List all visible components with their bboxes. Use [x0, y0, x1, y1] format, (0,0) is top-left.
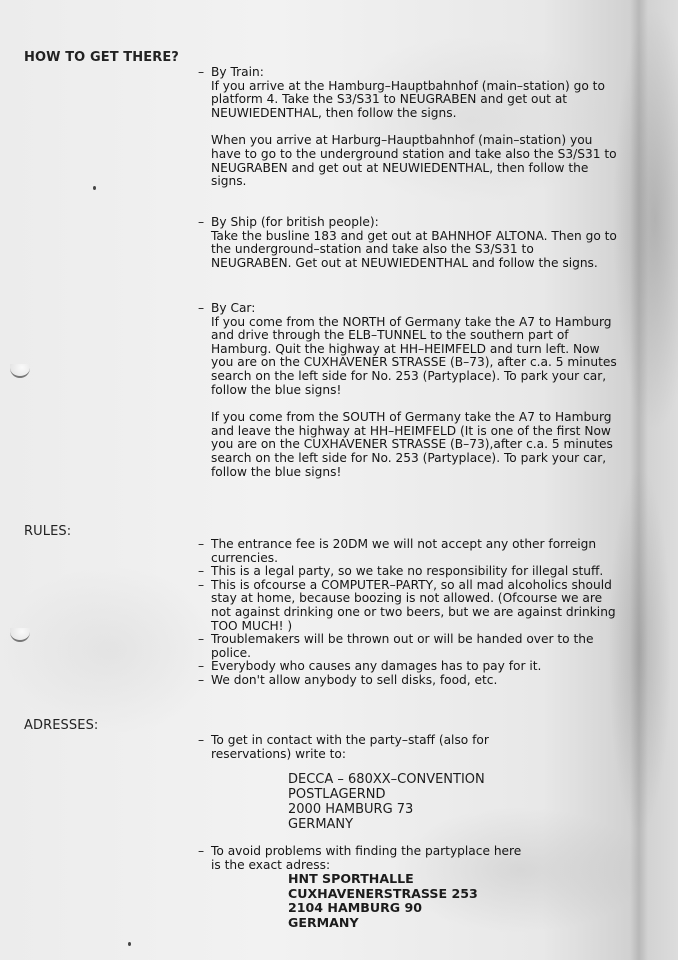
rule-text: We don't allow anybody to sell disks, fo… — [211, 674, 618, 688]
address-line: POSTLAGERND — [288, 787, 485, 802]
by-train-title: By Train: — [211, 66, 618, 80]
scan-fold-shadow — [630, 0, 648, 960]
list-dash: – — [198, 216, 211, 270]
venue-address: HNT SPORTHALLE CUXHAVENERSTRASSE 253 210… — [288, 872, 478, 930]
rule-text: This is ofcourse a COMPUTER–PARTY, so al… — [211, 579, 618, 633]
rules-list: – The entrance fee is 20DM we will not a… — [198, 538, 618, 688]
list-dash: – — [198, 845, 211, 872]
rule-item: – The entrance fee is 20DM we will not a… — [198, 538, 618, 565]
rule-item: – We don't allow anybody to sell disks, … — [198, 674, 618, 688]
by-train-section: – By Train: If you arrive at the Hamburg… — [198, 66, 618, 189]
list-dash: – — [198, 579, 211, 633]
speck — [128, 942, 131, 946]
by-ship-section: – By Ship (for british people): Take the… — [198, 216, 618, 270]
contact-section: – To get in contact with the party–staff… — [198, 734, 498, 761]
address-line: GERMANY — [288, 916, 478, 931]
rule-item: – This is ofcourse a COMPUTER–PARTY, so … — [198, 579, 618, 633]
rule-text: The entrance fee is 20DM we will not acc… — [211, 538, 618, 565]
list-dash: – — [198, 674, 211, 688]
list-dash: – — [198, 633, 211, 660]
address-line: 2104 HAMBURG 90 — [288, 901, 478, 916]
address-line: 2000 HAMBURG 73 — [288, 802, 485, 817]
section-heading-rules: RULES: — [24, 524, 71, 539]
address-line: CUXHAVENERSTRASSE 253 — [288, 887, 478, 902]
list-dash: – — [198, 538, 211, 565]
by-ship-paragraph: Take the busline 183 and get out at BAHN… — [211, 230, 618, 271]
contact-text: To get in contact with the party–staff (… — [211, 734, 498, 761]
by-train-paragraph-2: When you arrive at Harburg–Hauptbahnhof … — [211, 134, 618, 188]
by-car-paragraph-1: If you come from the NORTH of Germany ta… — [211, 316, 618, 398]
by-ship-title: By Ship (for british people): — [211, 216, 618, 230]
punch-hole-icon — [0, 364, 30, 378]
rule-item: – This is a legal party, so we take no r… — [198, 565, 618, 579]
by-train-paragraph-1: If you arrive at the Hamburg–Hauptbahnho… — [211, 80, 618, 121]
list-dash: – — [198, 660, 211, 674]
address-line: GERMANY — [288, 817, 485, 832]
by-car-section: – By Car: If you come from the NORTH of … — [198, 302, 618, 479]
rule-text: Everybody who causes any damages has to … — [211, 660, 618, 674]
contact-address: DECCA – 680XX–CONVENTION POSTLAGERND 200… — [288, 772, 485, 832]
list-dash: – — [198, 565, 211, 579]
rule-item: – Everybody who causes any damages has t… — [198, 660, 618, 674]
section-heading-how-to-get-there: HOW TO GET THERE? — [24, 50, 179, 65]
section-heading-adresses: ADRESSES: — [24, 718, 98, 733]
list-dash: – — [198, 734, 211, 761]
speck — [93, 186, 96, 190]
list-dash: – — [198, 66, 211, 189]
rule-item: – Troublemakers will be thrown out or wi… — [198, 633, 618, 660]
by-car-title: By Car: — [211, 302, 618, 316]
address-line: DECCA – 680XX–CONVENTION — [288, 772, 485, 787]
punch-hole-icon — [0, 628, 30, 642]
venue-text: To avoid problems with finding the party… — [211, 845, 528, 872]
rule-text: Troublemakers will be thrown out or will… — [211, 633, 618, 660]
by-car-paragraph-2: If you come from the SOUTH of Germany ta… — [211, 411, 618, 479]
address-line: HNT SPORTHALLE — [288, 872, 478, 887]
venue-section: – To avoid problems with finding the par… — [198, 845, 528, 872]
rule-text: This is a legal party, so we take no res… — [211, 565, 618, 579]
list-dash: – — [198, 302, 211, 479]
